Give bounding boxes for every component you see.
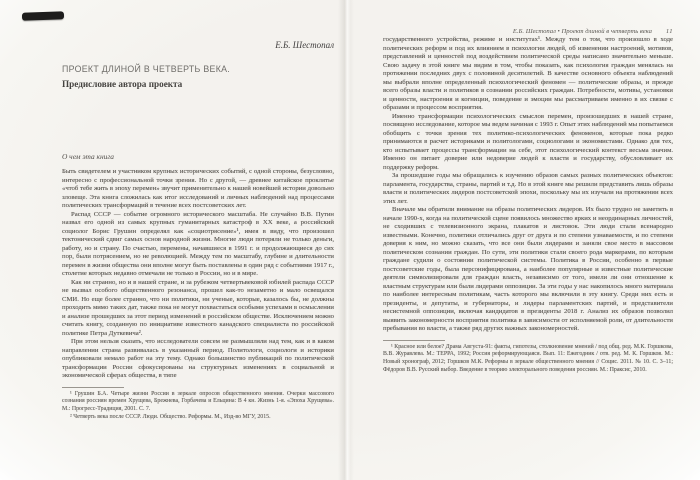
paragraph: Распад СССР — событие огромного историче… <box>62 211 334 279</box>
paragraph: Вначале мы обратили внимание на образы п… <box>383 206 673 334</box>
paragraph: При этом нельзя сказать, что исследовате… <box>62 338 334 381</box>
page-gutter <box>338 0 354 480</box>
paragraph: государственного устройства, режиме и ин… <box>383 36 673 113</box>
author-name: Е.Б. Шестопал <box>62 40 334 51</box>
running-header-text: Е.Б. Шестопал • Проект длиной в четверть… <box>513 27 652 36</box>
section-heading: О чем эта книга <box>62 152 334 161</box>
book-title: ПРОЕКТ ДЛИНОЙ В ЧЕТВЕРТЬ ВЕКА. <box>62 64 334 75</box>
page-number: 11 <box>666 27 673 36</box>
footnote-rule <box>383 340 445 341</box>
running-header: Е.Б. Шестопал • Проект длиной в четверть… <box>383 27 673 36</box>
right-page: Е.Б. Шестопал • Проект длиной в четверть… <box>383 0 673 374</box>
left-page: Е.Б. Шестопал ПРОЕКТ ДЛИНОЙ В ЧЕТВЕРТЬ В… <box>62 0 334 421</box>
paragraph: За прошедшие годы мы обращались к изучен… <box>383 172 673 206</box>
footnote-rule <box>62 387 124 388</box>
footnote: ¹ Грушин Б.А. Четыре жизни России в зерк… <box>62 391 334 414</box>
preface-subtitle: Предисловие автора проекта <box>62 79 334 90</box>
paragraph: Быть свидетелем и участником крупных ист… <box>62 168 334 211</box>
book-spread-photo: Е.Б. Шестопал ПРОЕКТ ДЛИНОЙ В ЧЕТВЕРТЬ В… <box>0 0 700 480</box>
paragraph: Как ни странно, но и в нашей стране, и з… <box>62 279 334 339</box>
binder-clip <box>22 11 64 20</box>
footnote: ² Четверть века после СССР. Люди. Общест… <box>62 414 334 422</box>
footnote: ¹ Красное или белое? Драма Августа-91: ф… <box>383 344 673 375</box>
paragraph: Именно трансформации психологических смы… <box>383 113 673 173</box>
